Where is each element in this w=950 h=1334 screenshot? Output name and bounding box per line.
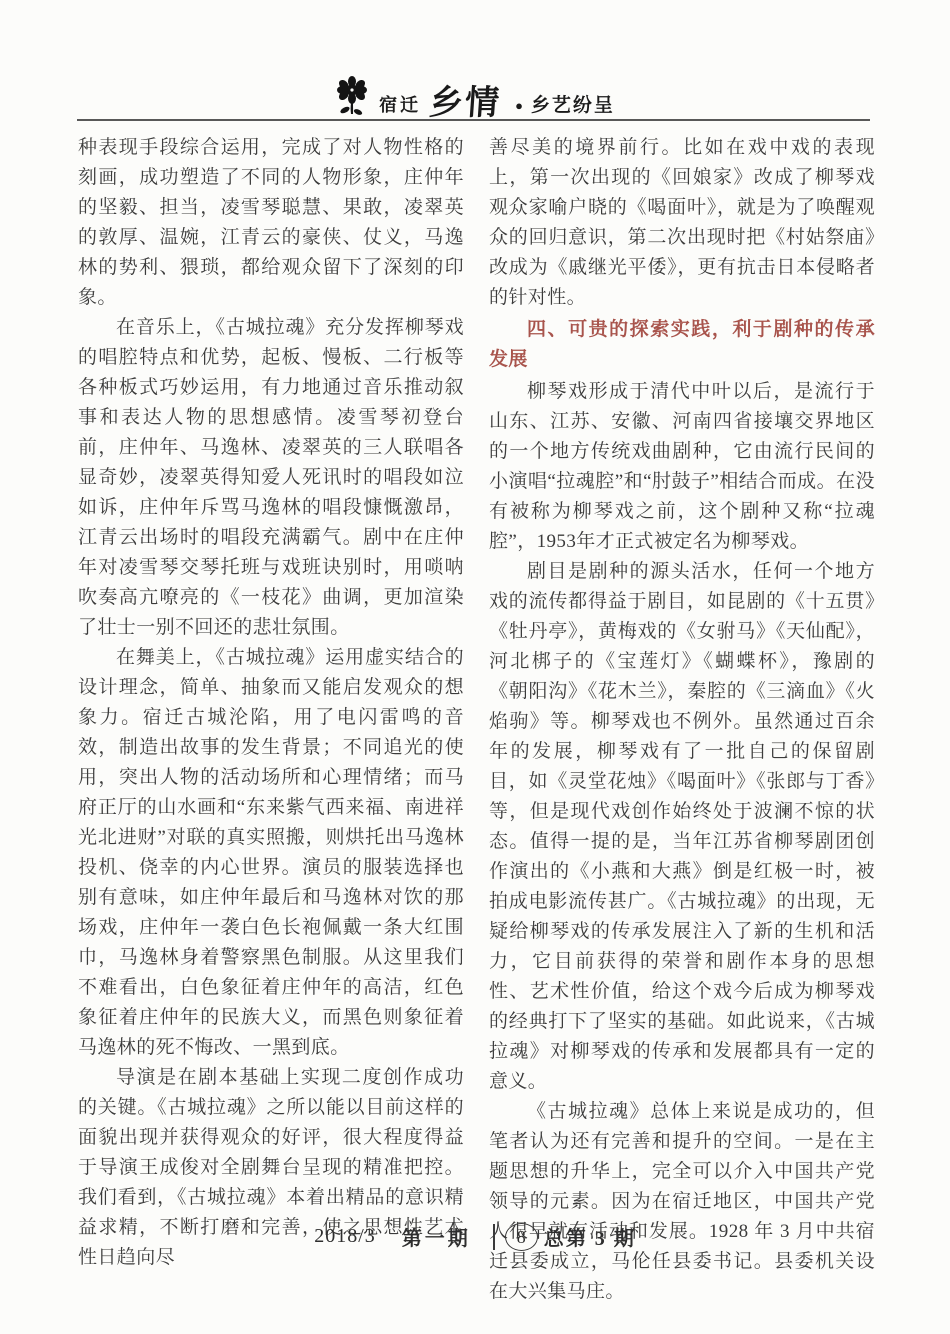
footer-divider [493,1224,495,1250]
article-body: 种表现手段综合运用，完成了对人物性格的刻画，成功塑造了不同的人物形象，庄仲年的坚… [78,133,875,1307]
page-number: 8 [505,1223,538,1251]
issue-date: 2018/3 [314,1225,376,1248]
journal-title: 乡情 [428,87,502,121]
article-paragraph: 善尽美的境界前行。比如在戏中戏的表现上，第一次出现的《回娘家》改成了柳琴戏观众家… [489,133,875,313]
issue-label: 第一期 [402,1222,471,1251]
bullet-icon: ● [515,98,523,121]
right-column: 善尽美的境界前行。比如在戏中戏的表现上，第一次出现的《回娘家》改成了柳琴戏观众家… [489,133,875,1307]
header-divider [77,119,870,121]
article-paragraph: 在舞美上，《古城拉魂》运用虚实结合的设计理念，简单、抽象而又能启发观众的想象力。… [78,643,464,1063]
journal-prefix: 宿迁 [379,91,421,121]
article-paragraph: 柳琴戏形成于清代中叶以后，是流行于山东、江苏、安徽、河南四省接壤交界地区的一个地… [489,377,875,557]
article-paragraph: 《古城拉魂》总体上来说是成功的，但笔者认为还有完善和提升的空间。一是在主题思想的… [489,1097,875,1307]
article-paragraph: 在音乐上，《古城拉魂》充分发挥柳琴戏的唱腔特点和优势，起板、慢板、二行板等各种板… [78,313,464,643]
flower-icon [335,76,369,121]
left-column: 种表现手段综合运用，完成了对人物性格的刻画，成功塑造了不同的人物形象，庄仲年的坚… [78,133,464,1307]
page-footer: 2018/3 第一期 8 总第 3 期 [0,1222,950,1251]
section-title: 乡艺纷呈 [531,90,615,121]
section-heading: 四、可贵的探索实践，利于剧种的传承发展 [489,315,875,375]
article-paragraph: 种表现手段综合运用，完成了对人物性格的刻画，成功塑造了不同的人物形象，庄仲年的坚… [78,133,464,313]
page-header: 宿迁 乡情 ● 乡艺纷呈 [0,76,950,121]
article-paragraph: 剧目是剧种的源头活水，任何一个地方戏的流传都得益于剧目，如昆剧的《十五贯》《牡丹… [489,557,875,1097]
total-issue-label: 总第 3 期 [544,1222,636,1251]
magazine-page: 宿迁 乡情 ● 乡艺纷呈 种表现手段综合运用，完成了对人物性格的刻画，成功塑造了… [0,0,950,1334]
